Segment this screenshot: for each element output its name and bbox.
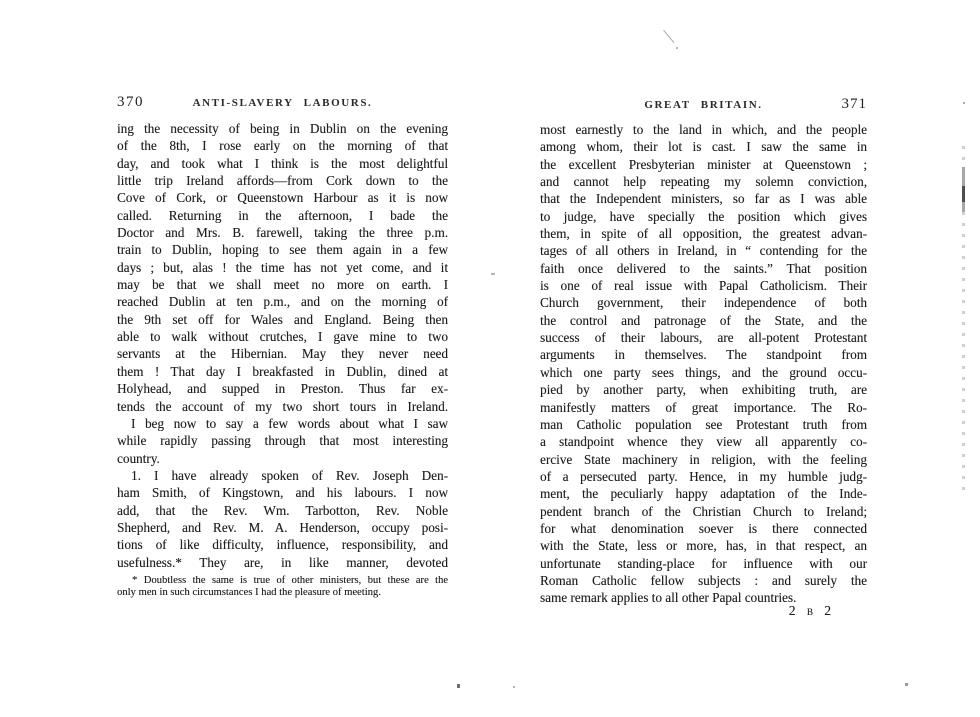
text-line: the control and patronage of the State, … bbox=[540, 312, 867, 329]
text-line: the excellent Presbyterian minister at Q… bbox=[540, 156, 867, 173]
page-edge-artifact bbox=[962, 186, 965, 202]
text-line: tions of like difficulty, influence, res… bbox=[117, 536, 448, 553]
page-edge-artifact bbox=[962, 146, 965, 496]
text-line: Roman Catholic fellow subjects : and sur… bbox=[540, 572, 867, 589]
text-line: Holyhead, and supped in Preston. Thus fa… bbox=[117, 380, 448, 397]
text-line: success of their labours, are all-potent… bbox=[540, 329, 867, 346]
text-line: Cove of Cork, or Queenstown Harbour as i… bbox=[117, 189, 448, 206]
text-line: of a persecuted party. Hence, in my humb… bbox=[540, 468, 867, 485]
text-line: manifestly matters of great importance. … bbox=[540, 399, 867, 416]
text-line: tages of all others in Ireland, in “ con… bbox=[540, 242, 867, 259]
text-line: 1. I have already spoken of Rev. Joseph … bbox=[117, 467, 448, 484]
text-line: servants at the Hibernian. May they neve… bbox=[117, 345, 448, 362]
text-line: country. bbox=[117, 450, 448, 467]
text-line: day, and took what I think is the most d… bbox=[117, 155, 448, 172]
text-line: ham Smith, of Kingstown, and his labours… bbox=[117, 484, 448, 501]
text-line: days ; but, alas ! the time has not yet … bbox=[117, 259, 448, 276]
text-line: Doctor and Mrs. B. farewell, taking the … bbox=[117, 224, 448, 241]
body-text-left: ing the necessity of being in Dublin on … bbox=[117, 120, 448, 571]
printer-signature: 2 b 2 bbox=[540, 602, 867, 619]
running-head-left: ANTI-SLAVERY LABOURS. bbox=[117, 96, 448, 110]
text-line: while rapidly passing through that most … bbox=[117, 432, 448, 449]
text-line: able to walk without crutches, I gave mi… bbox=[117, 328, 448, 345]
text-line: ercive State machinery in religion, with… bbox=[540, 451, 867, 468]
text-line: ing the necessity of being in Dublin on … bbox=[117, 120, 448, 137]
text-line: only men in such circumstances I had the… bbox=[117, 587, 448, 599]
text-line: the 9th set off for Wales and England. B… bbox=[117, 311, 448, 328]
text-line: pied by another party, when exhibiting t… bbox=[540, 381, 867, 398]
text-line: and cannot help repeating my solemn conv… bbox=[540, 173, 867, 190]
page-edge-artifact bbox=[962, 167, 965, 212]
running-head-right: GREAT BRITAIN. bbox=[540, 98, 867, 112]
scan-speck bbox=[963, 102, 965, 104]
text-line: Church government, their independence of… bbox=[540, 294, 867, 311]
scan-speck bbox=[676, 47, 678, 49]
text-line: among whom, their lot is cast. I saw the… bbox=[540, 138, 867, 155]
text-line: arguments in themselves. The standpoint … bbox=[540, 346, 867, 363]
scanned-book-spread: { "page_left": { "number": "370", "runni… bbox=[0, 0, 980, 717]
text-line: that the Independent ministers, so far a… bbox=[540, 190, 867, 207]
text-line: reached Dublin at ten p.m., and on the m… bbox=[117, 293, 448, 310]
left-page-header: 370 ANTI-SLAVERY LABOURS. bbox=[117, 94, 448, 110]
text-line: unfortunate standing-place for influence… bbox=[540, 555, 867, 572]
text-line: with the State, less or more, has, in th… bbox=[540, 537, 867, 554]
text-line: is one of real issue with Papal Catholic… bbox=[540, 277, 867, 294]
text-line: * Doubtless the same is true of other mi… bbox=[117, 575, 448, 587]
text-line: tends the account of my two short tours … bbox=[117, 398, 448, 415]
scan-scratch-mark bbox=[663, 30, 674, 43]
text-line: train to Dublin, hoping to see them agai… bbox=[117, 241, 448, 258]
right-page-header: GREAT BRITAIN. 371 bbox=[540, 96, 867, 112]
scan-speck bbox=[513, 686, 515, 688]
scan-speck bbox=[905, 683, 908, 686]
text-line: may be that we shall meet no more on ear… bbox=[117, 276, 448, 293]
text-line: of the 8th, I rose early on the morning … bbox=[117, 137, 448, 154]
text-line: little trip Ireland affords—from Cork do… bbox=[117, 172, 448, 189]
page-number-right: 371 bbox=[842, 96, 868, 112]
text-line: most earnestly to the land in which, and… bbox=[540, 121, 867, 138]
text-line: usefulness.* They are, in like manner, d… bbox=[117, 554, 448, 571]
text-line: a standpoint whence they view all appare… bbox=[540, 433, 867, 450]
text-line: add, that the Rev. Wm. Tarbotton, Rev. N… bbox=[117, 502, 448, 519]
text-line: faith once delivered to the saints.” Tha… bbox=[540, 260, 867, 277]
text-line: them ! That day I breakfasted in Dublin,… bbox=[117, 363, 448, 380]
scan-speck bbox=[491, 273, 495, 275]
body-text-right: most earnestly to the land in which, and… bbox=[540, 121, 867, 607]
text-line: for what denomination soever is there co… bbox=[540, 520, 867, 537]
text-line: which one party sees things, and the gro… bbox=[540, 364, 867, 381]
text-line: them, in spite of all opposition, the gr… bbox=[540, 225, 867, 242]
text-line: I beg now to say a few words about what … bbox=[117, 415, 448, 432]
text-line: man Catholic population see Protestant t… bbox=[540, 416, 867, 433]
text-line: pendent branch of the Christian Church t… bbox=[540, 503, 867, 520]
text-line: called. Returning in the afternoon, I ba… bbox=[117, 207, 448, 224]
footnote-left: * Doubtless the same is true of other mi… bbox=[117, 575, 448, 599]
text-line: Shepherd, and Rev. M. A. Henderson, occu… bbox=[117, 519, 448, 536]
text-line: ment, the peculiarly happy adaptation of… bbox=[540, 485, 867, 502]
text-line: to judge, have specially the position wh… bbox=[540, 208, 867, 225]
scan-speck bbox=[457, 684, 460, 688]
